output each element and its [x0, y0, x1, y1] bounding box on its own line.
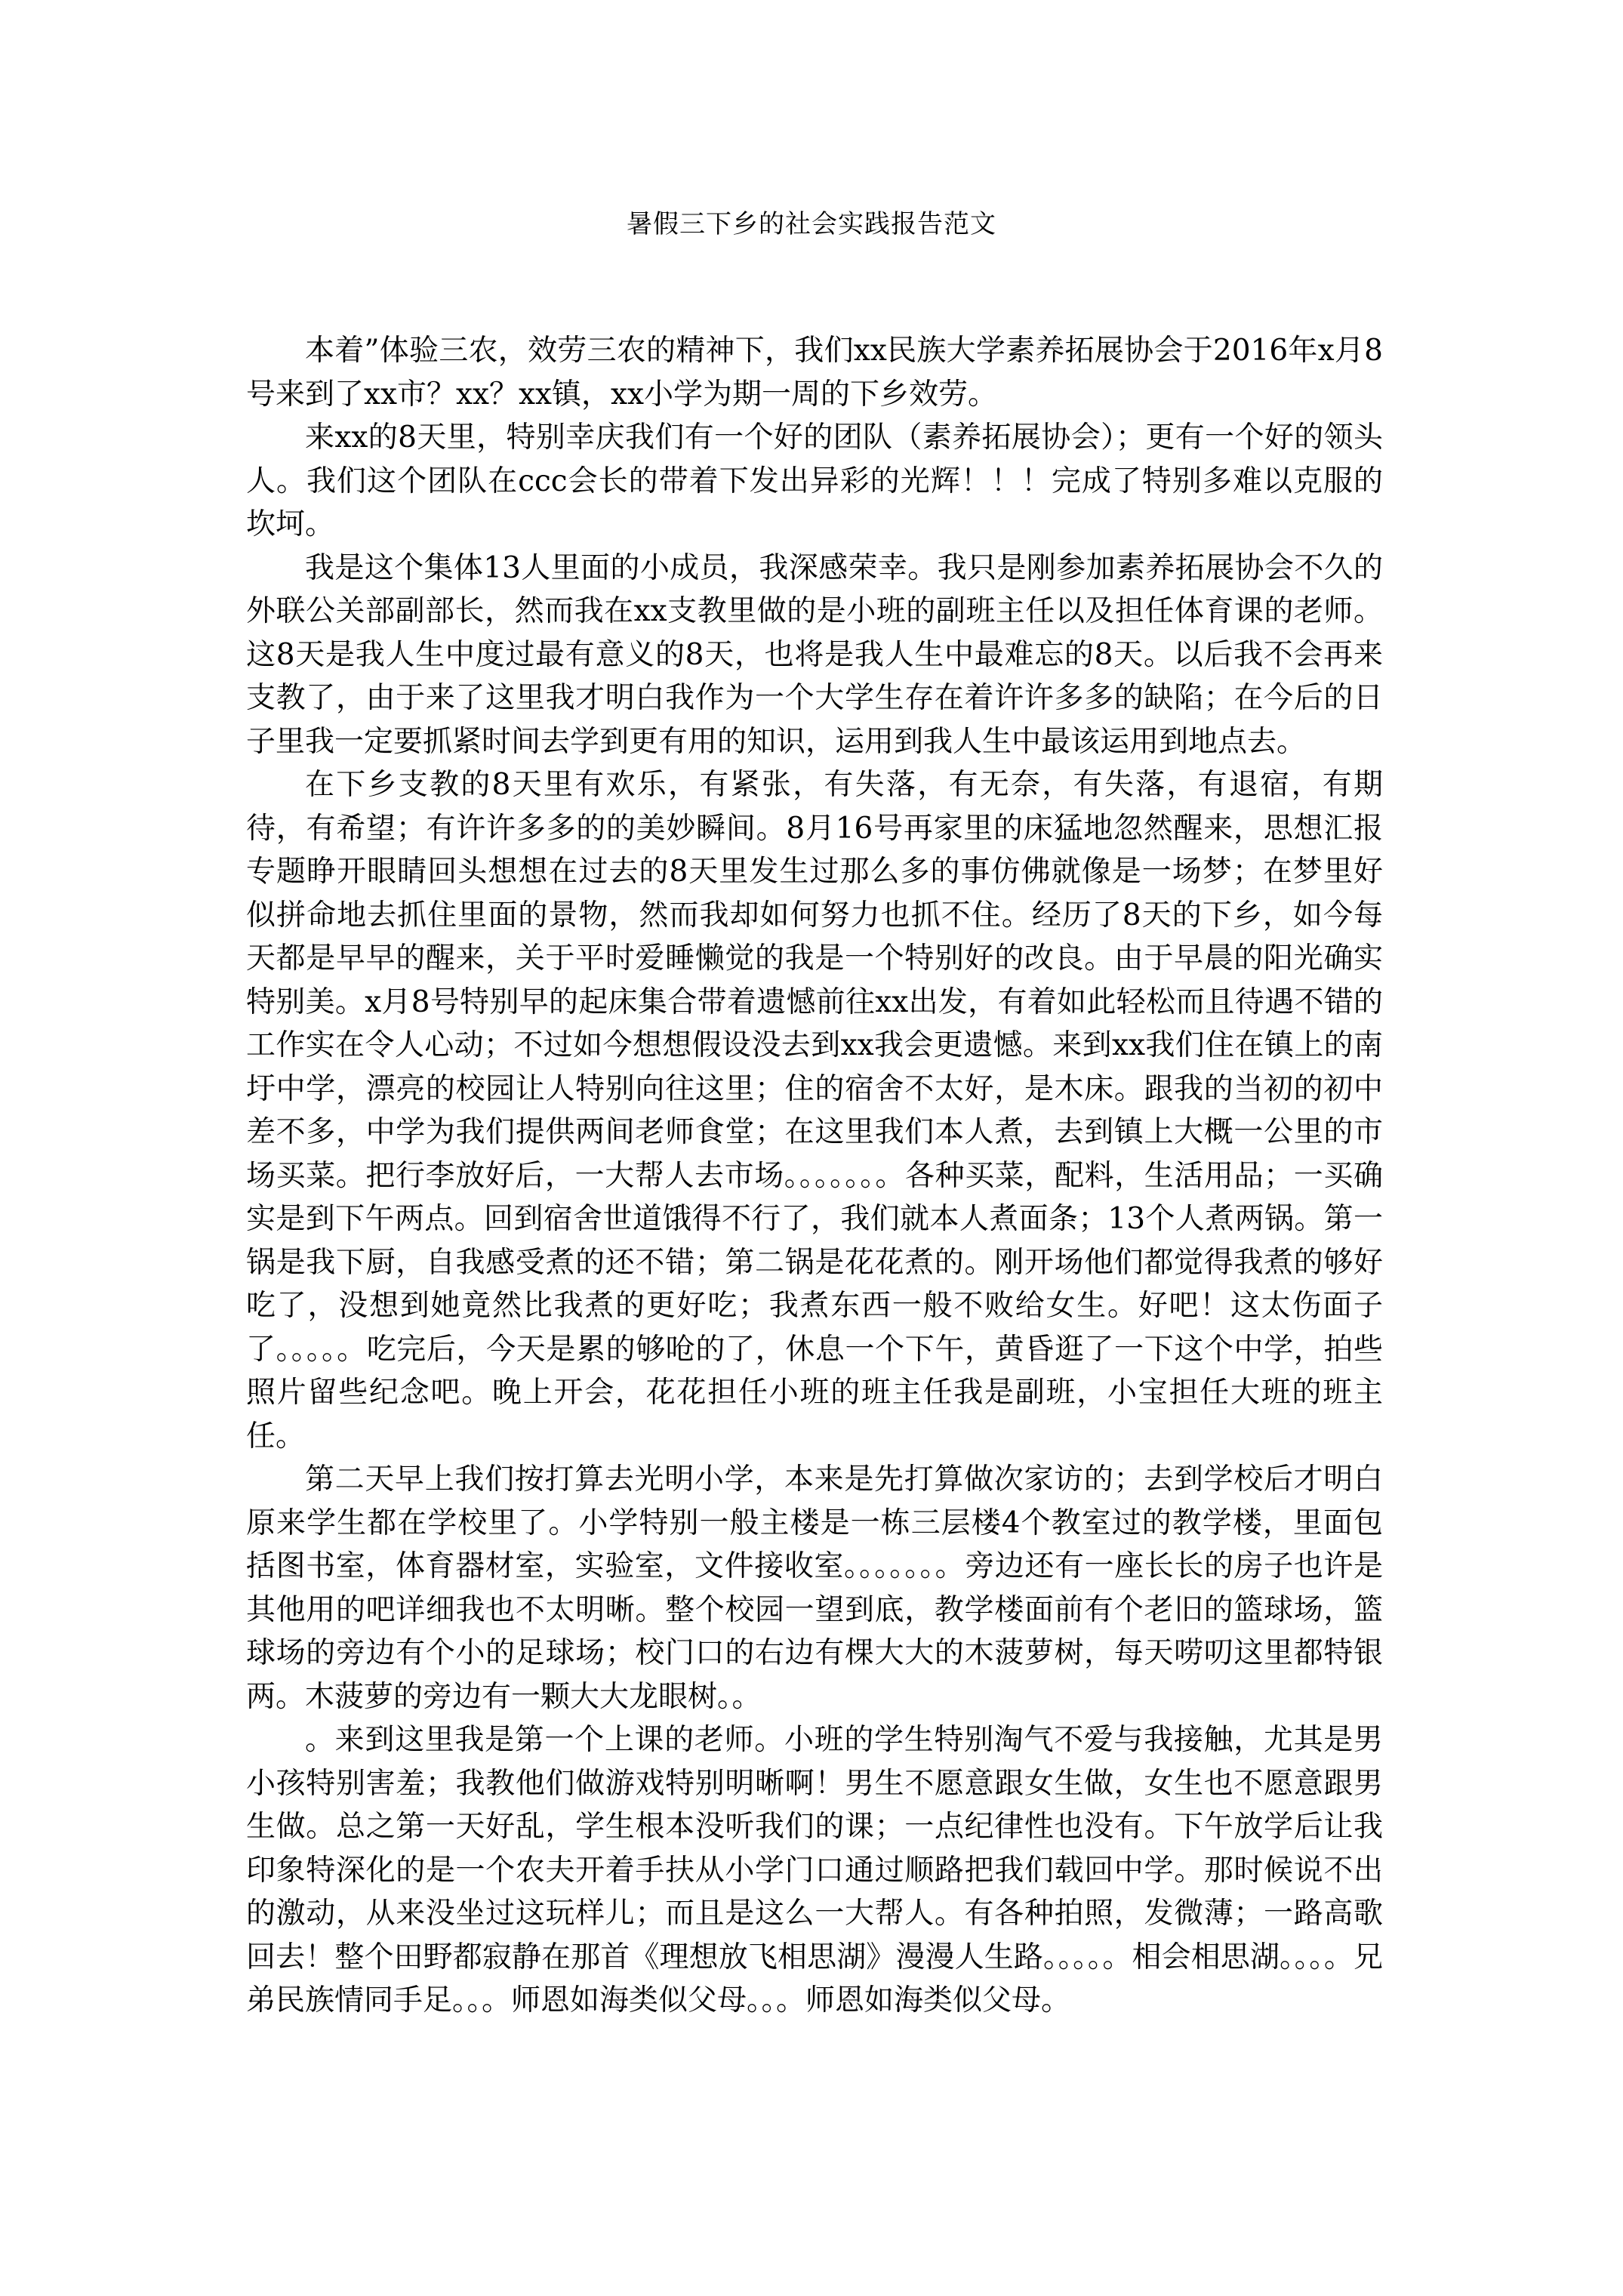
paragraph-team: 来xx的8天里，特别幸庆我们有一个好的团队（素养拓展协会）；更有一个好的领头人。…	[246, 416, 1383, 547]
paragraph-intro: 本着”体验三农，效劳三农的精神下，我们xx民族大学素养拓展协会于2016年x月8…	[246, 329, 1383, 416]
paragraph-eight-days: 在下乡支教的8天里有欢乐，有紧张，有失落，有无奈，有失落，有退宿，有期待，有希望…	[246, 763, 1383, 1458]
paragraph-second-day: 第二天早上我们按打算去光明小学，本来是先打算做次家访的；去到学校后才明白原来学生…	[246, 1458, 1383, 1718]
document-body: 本着”体验三农，效劳三农的精神下，我们xx民族大学素养拓展协会于2016年x月8…	[246, 329, 1383, 2023]
document-page: 暑假三下乡的社会实践报告范文 本着”体验三农，效劳三农的精神下，我们xx民族大学…	[0, 0, 1623, 2296]
paragraph-first-class: 。来到这里我是第一个上课的老师。小班的学生特别淘气不爱与我接触，尤其是男小孩特别…	[246, 1718, 1383, 2023]
paragraph-role: 我是这个集体13人里面的小成员，我深感荣幸。我只是刚参加素养拓展协会不久的外联公…	[246, 547, 1383, 764]
document-title: 暑假三下乡的社会实践报告范文	[0, 205, 1623, 243]
